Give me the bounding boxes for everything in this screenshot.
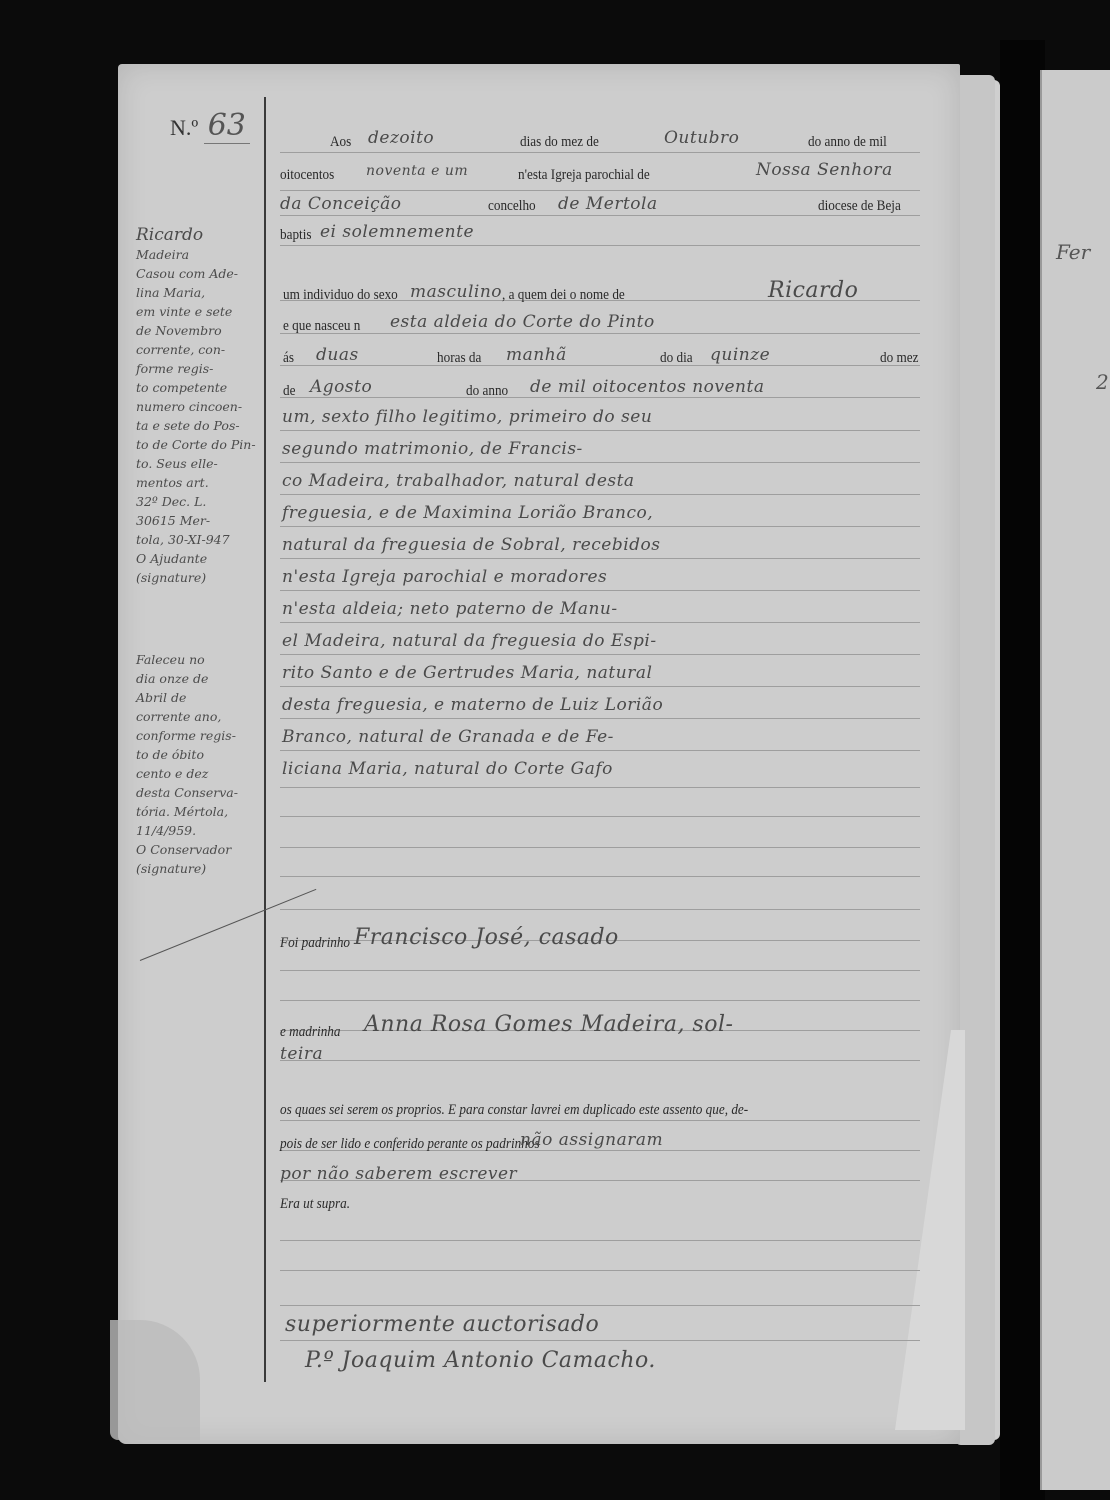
handwritten-birth-month: Agosto <box>310 377 372 397</box>
handwritten-birthplace: esta aldeia do Corte do Pinto <box>390 312 655 332</box>
printed-text: n'esta Igreja parochial de <box>518 167 650 184</box>
printed-text: oitocentos <box>280 167 334 184</box>
handwritten-line: natural da freguesia de Sobral, recebido… <box>282 535 661 555</box>
handwritten-hour: duas <box>316 345 359 365</box>
handwritten-concelho: de Mertola <box>558 194 658 214</box>
handwritten-name: Ricardo <box>768 278 858 303</box>
closing-handwritten: não assignaram <box>520 1130 663 1150</box>
printed-text: dias do mez de <box>520 134 599 151</box>
printed-text: e que nasceu n <box>283 318 360 335</box>
printed-text: , a quem dei o nome de <box>502 287 625 304</box>
margin-note-marriage: Ricardo Madeira Casou com Ade- lina Mari… <box>136 226 266 587</box>
handwritten-year: noventa e um <box>366 163 468 179</box>
handwritten-line: Branco, natural de Granada e de Fe- <box>282 727 614 747</box>
printed-text: do mez <box>880 350 918 367</box>
closing-printed-text: os quaes sei serem os proprios. E para c… <box>280 1102 748 1119</box>
padrinho-label: Foi padrinho <box>280 935 350 952</box>
handwritten-period: manhã <box>506 345 567 365</box>
printed-text: concelho <box>488 198 536 215</box>
handwritten-line: n'esta aldeia; neto paterno de Manu- <box>282 599 618 619</box>
handwritten-sex: masculino <box>410 282 502 302</box>
handwritten-birth-year: de mil oitocentos noventa <box>530 377 764 397</box>
padrinho-name: Francisco José, casado <box>354 925 619 950</box>
entry-number-value: 63 <box>204 108 250 144</box>
handwritten-line: freguesia, e de Maximina Lorião Branco, <box>282 503 653 523</box>
book-gutter <box>1000 40 1045 1500</box>
handwritten-line: n'esta Igreja parochial e moradores <box>282 567 607 587</box>
handwritten-line: segundo matrimonio, de Francis- <box>282 439 583 459</box>
printed-text: Aos <box>330 134 351 151</box>
adjacent-page-fragment: 2 <box>1096 370 1109 394</box>
priest-signature: P.º Joaquim Antonio Camacho. <box>305 1348 656 1373</box>
handwritten-birth-day: quinze <box>710 345 770 365</box>
handwritten-parish: Nossa Senhora <box>756 160 893 180</box>
printed-text: baptis <box>280 227 312 244</box>
handwritten-line: um, sexto filho legitimo, primeiro do se… <box>282 407 652 427</box>
printed-text: de <box>283 383 295 400</box>
handwritten-line: co Madeira, trabalhador, natural desta <box>282 471 635 491</box>
printed-text: do anno <box>466 383 508 400</box>
closing-handwritten: por não saberem escrever <box>280 1164 517 1184</box>
printed-text: do anno de mil <box>808 134 887 151</box>
printed-text: horas da <box>437 350 481 367</box>
madrinha-name-cont: teira <box>280 1044 323 1064</box>
madrinha-name: Anna Rosa Gomes Madeira, sol- <box>364 1012 733 1037</box>
printed-text: do dia <box>660 350 693 367</box>
adjacent-page: Fer 2 <box>1040 70 1110 1490</box>
printed-text: um individuo do sexo <box>283 287 398 304</box>
handwritten-line: el Madeira, natural da freguesia do Espi… <box>282 631 657 651</box>
handwritten-day: dezoito <box>368 128 434 148</box>
signature-line: superiormente auctorisado <box>285 1312 599 1337</box>
madrinha-label: e madrinha <box>280 1024 341 1041</box>
adjacent-page-fragment: Fer <box>1056 240 1090 264</box>
handwritten-month: Outubro <box>664 128 739 148</box>
era-ut-supra: Era ut supra. <box>280 1196 350 1213</box>
printed-text: diocese de Beja <box>818 198 901 215</box>
entry-number: N.º 63 <box>170 108 250 143</box>
margin-note-death: Faleceu no dia onze de Abril de corrente… <box>136 650 266 878</box>
handwritten-line: rito Santo e de Gertrudes Maria, natural <box>282 663 652 683</box>
handwritten-parish-cont: da Conceição <box>280 194 402 214</box>
printed-text: ás <box>283 350 294 367</box>
closing-printed-text: pois de ser lido e conferido perante os … <box>280 1136 540 1153</box>
handwritten-text: ei solemnemente <box>320 222 474 242</box>
handwritten-line: desta freguesia, e materno de Luiz Loriã… <box>282 695 663 715</box>
entry-number-label: N.º <box>170 115 198 140</box>
handwritten-line: liciana Maria, natural do Corte Gafo <box>282 759 613 779</box>
